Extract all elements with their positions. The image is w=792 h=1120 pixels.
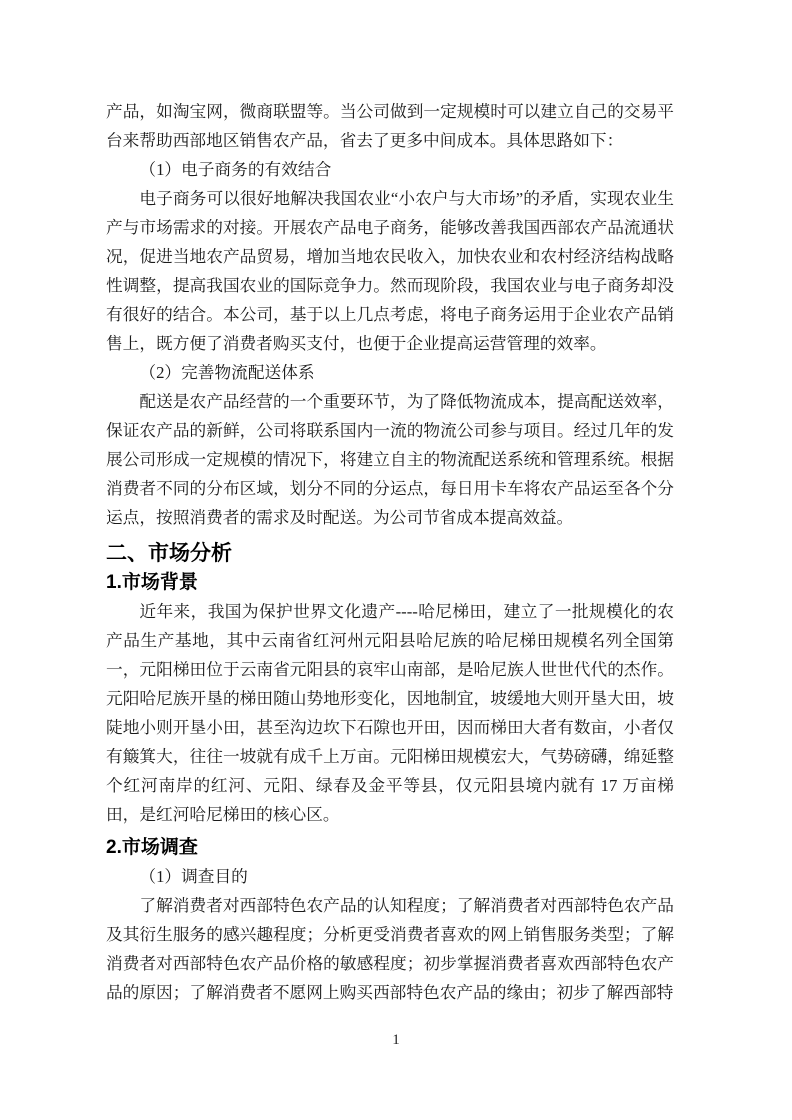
page-number: 1 xyxy=(0,1030,792,1050)
paragraph-survey-purpose: 了解消费者对西部特色农产品的认知程度；了解消费者对西部特色农产品及其衍生服务的感… xyxy=(106,891,674,1007)
subsection-heading-market-survey: 2.市场调查 xyxy=(106,834,674,862)
document-page: 产品，如淘宝网，微商联盟等。当公司做到一定规模时可以建立自己的交易平台来帮助西部… xyxy=(0,0,792,1120)
subitem-heading-ecommerce-integration: （1）电子商务的有效结合 xyxy=(106,155,674,184)
paragraph-market-background-hani-terraces: 近年来，我国为保护世界文化遗产----哈尼梯田，建立了一批规模化的农产品生产基地… xyxy=(106,597,674,829)
section-heading-market-analysis: 二、市场分析 xyxy=(106,539,674,569)
subitem-heading-logistics-system: （2）完善物流配送体系 xyxy=(106,358,674,387)
paragraph-continuation-ecommerce-platforms: 产品，如淘宝网，微商联盟等。当公司做到一定规模时可以建立自己的交易平台来帮助西部… xyxy=(106,97,674,155)
subitem-heading-survey-purpose: （1）调查目的 xyxy=(106,862,674,891)
subsection-heading-market-background: 1.市场背景 xyxy=(106,569,674,597)
paragraph-ecommerce-integration: 电子商务可以很好地解决我国农业“小农户与大市场”的矛盾，实现农业生产与市场需求的… xyxy=(106,184,674,358)
document-body: 产品，如淘宝网，微商联盟等。当公司做到一定规模时可以建立自己的交易平台来帮助西部… xyxy=(106,97,674,1007)
paragraph-logistics-system: 配送是农产品经营的一个重要环节，为了降低物流成本，提高配送效率，保证农产品的新鲜… xyxy=(106,387,674,532)
